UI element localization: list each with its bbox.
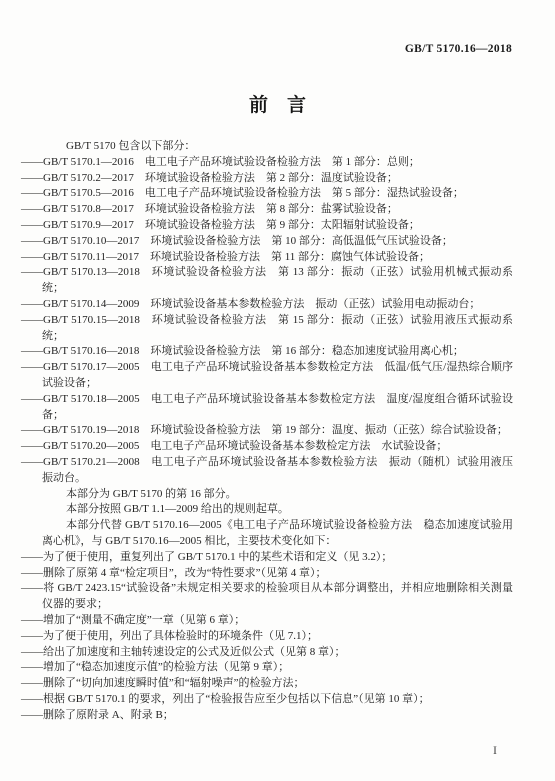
change-list-item: ——增加了“稳态加速度示值”的检验方法（见第 9 章）； xyxy=(42,660,513,676)
page-number: I xyxy=(493,743,497,758)
change-list-item: ——增加了“测量不确定度”一章（见第 6 章）； xyxy=(42,613,513,629)
change-list-item: ——为了便于使用，重复列出了 GB/T 5170.1 中的某些术语和定义（见 3… xyxy=(42,550,513,566)
change-list-item: ——根据 GB/T 5170.1 的要求，列出了“检验报告应至少包括以下信息”（… xyxy=(42,692,513,708)
part-list-item: ——GB/T 5170.15—2018 环境试验设备检验方法 第 15 部分：振… xyxy=(42,313,513,345)
part-list-item: ——GB/T 5170.16—2018 环境试验设备检验方法 第 16 部分：稳… xyxy=(42,344,513,360)
part-list-item: ——GB/T 5170.10—2017 环境试验设备检验方法 第 10 部分：高… xyxy=(42,234,513,250)
foreword-paragraphs: 本部分为 GB/T 5170 的第 16 部分。 本部分按照 GB/T 1.1—… xyxy=(42,487,513,550)
part-list-item: ——GB/T 5170.8—2017 环境试验设备检验方法 第 8 部分：盐雾试… xyxy=(42,202,513,218)
part-list-item: ——GB/T 5170.19—2018 环境试验设备检验方法 第 19 部分：温… xyxy=(42,423,513,439)
part-list-item: ——GB/T 5170.18—2005 电工电子产品环境试验设备基本参数检定方法… xyxy=(42,392,513,424)
foreword-title: 前 言 xyxy=(0,90,555,117)
technical-changes-list: ——为了便于使用，重复列出了 GB/T 5170.1 中的某些术语和定义（见 3… xyxy=(42,550,513,724)
parts-intro-line: GB/T 5170 包含以下部分： xyxy=(42,139,513,155)
foreword-paragraph: 本部分为 GB/T 5170 的第 16 部分。 xyxy=(42,487,513,503)
part-list-item: ——GB/T 5170.21—2008 电工电子产品环境试验设备基本参数检验方法… xyxy=(42,455,513,487)
foreword-paragraph: 本部分代替 GB/T 5170.16—2005《电工电子产品环境试验设备检验方法… xyxy=(42,518,513,550)
part-list-item: ——GB/T 5170.5—2016 电工电子产品环境试验设备检验方法 第 5 … xyxy=(42,186,513,202)
foreword-body: GB/T 5170 包含以下部分： ——GB/T 5170.1—2016 电工电… xyxy=(42,139,513,723)
part-list-item: ——GB/T 5170.1—2016 电工电子产品环境试验设备检验方法 第 1 … xyxy=(42,155,513,171)
part-list-item: ——GB/T 5170.20—2005 电工电子产品环境试验设备基本参数检定方法… xyxy=(42,439,513,455)
document-page: GB/T 5170.16—2018 前 言 GB/T 5170 包含以下部分： … xyxy=(0,0,555,781)
foreword-paragraph: 本部分按照 GB/T 1.1—2009 给出的规则起草。 xyxy=(42,502,513,518)
part-list-item: ——GB/T 5170.9—2017 环境试验设备检验方法 第 9 部分：太阳辐… xyxy=(42,218,513,234)
part-list-item: ——GB/T 5170.17—2005 电工电子产品环境试验设备基本参数检定方法… xyxy=(42,360,513,392)
parts-list: ——GB/T 5170.1—2016 电工电子产品环境试验设备检验方法 第 1 … xyxy=(42,155,513,487)
part-list-item: ——GB/T 5170.13—2018 环境试验设备检验方法 第 13 部分：振… xyxy=(42,265,513,297)
change-list-item: ——给出了加速度和主轴转速设定的公式及近似公式（见第 8 章）； xyxy=(42,645,513,661)
change-list-item: ——为了便于使用，列出了具体检验时的环境条件（见 7.1）； xyxy=(42,629,513,645)
change-list-item: ——将 GB/T 2423.15“试验设备”未规定相关要求的检验项目从本部分调整… xyxy=(42,581,513,613)
standard-number-header: GB/T 5170.16—2018 xyxy=(405,43,512,55)
change-list-item: ——删除了“切向加速度瞬时值”和“辐射噪声”的检验方法； xyxy=(42,676,513,692)
change-list-item: ——删除了原附录 A、附录 B； xyxy=(42,708,513,724)
part-list-item: ——GB/T 5170.2—2017 环境试验设备检验方法 第 2 部分：温度试… xyxy=(42,171,513,187)
part-list-item: ——GB/T 5170.11—2017 环境试验设备检验方法 第 11 部分：腐… xyxy=(42,250,513,266)
part-list-item: ——GB/T 5170.14—2009 环境试验设备基本参数检验方法 振动（正弦… xyxy=(42,297,513,313)
change-list-item: ——删除了原第 4 章“检定项目”，改为“特性要求”（见第 4 章）； xyxy=(42,566,513,582)
